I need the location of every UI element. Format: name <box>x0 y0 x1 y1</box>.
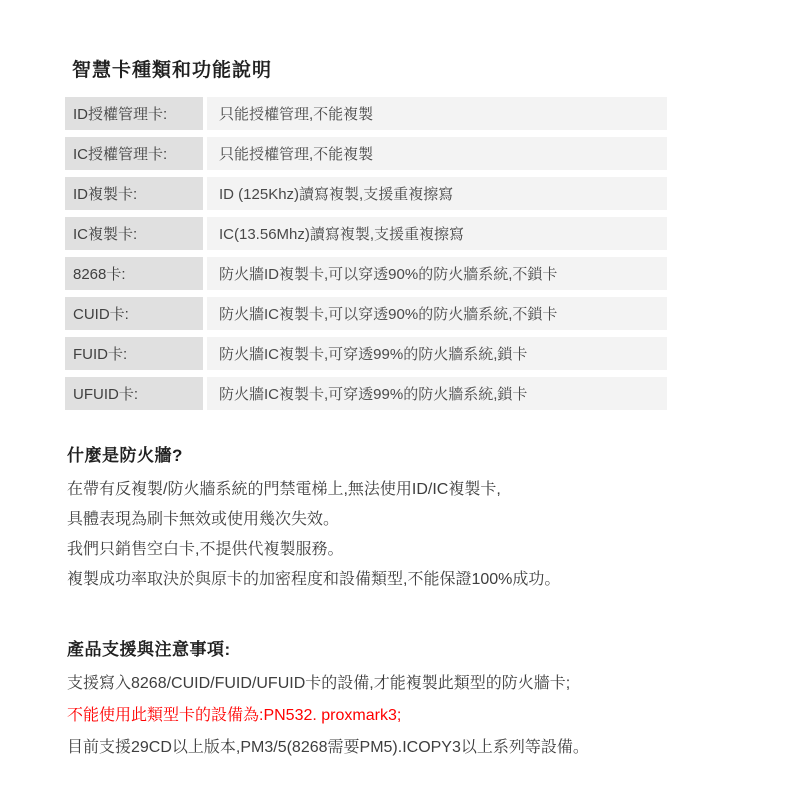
firewall-section-body: 在帶有反複製/防火牆系統的門禁電梯上,無法使用ID/IC複製卡, 具體表現為刷卡… <box>67 475 755 595</box>
card-type-cell: UFUID卡: <box>65 377 203 410</box>
card-type-cell: IC授權管理卡: <box>65 137 203 170</box>
supported-devices-line: 支援寫入8268/CUID/FUID/UFUID卡的設備,才能複製此類型的防火牆… <box>67 668 755 700</box>
card-type-cell: ID複製卡: <box>65 177 203 210</box>
support-section-body: 支援寫入8268/CUID/FUID/UFUID卡的設備,才能複製此類型的防火牆… <box>67 668 755 764</box>
card-description-cell: 防火牆IC複製卡,可穿透99%的防火牆系統,鎖卡 <box>207 337 667 370</box>
table-row: CUID卡: 防火牆IC複製卡,可以穿透90%的防火牆系統,不鎖卡 <box>65 297 667 330</box>
table-row: IC複製卡: IC(13.56Mhz)讀寫複製,支援重複擦寫 <box>65 217 667 250</box>
card-type-cell: 8268卡: <box>65 257 203 290</box>
card-description-cell: 防火牆ID複製卡,可以穿透90%的防火牆系統,不鎖卡 <box>207 257 667 290</box>
card-description-cell: 防火牆IC複製卡,可以穿透90%的防火牆系統,不鎖卡 <box>207 297 667 330</box>
table-row: FUID卡: 防火牆IC複製卡,可穿透99%的防火牆系統,鎖卡 <box>65 337 667 370</box>
table-row: ID授權管理卡: 只能授權管理,不能複製 <box>65 97 667 130</box>
device-versions-line: 目前支援29CD以上版本,PM3/5(8268需要PM5).ICOPY3以上系列… <box>67 732 755 764</box>
support-section-heading: 產品支援與注意事項: <box>67 640 755 660</box>
firewall-section-heading: 什麼是防火牆? <box>67 446 755 466</box>
firewall-line: 複製成功率取決於與原卡的加密程度和設備類型,不能保證100%成功。 <box>67 565 755 595</box>
firewall-line: 具體表現為刷卡無效或使用幾次失效。 <box>67 505 755 535</box>
card-description-cell: 只能授權管理,不能複製 <box>207 97 667 130</box>
table-row: 8268卡: 防火牆ID複製卡,可以穿透90%的防火牆系統,不鎖卡 <box>65 257 667 290</box>
card-description-cell: IC(13.56Mhz)讀寫複製,支援重複擦寫 <box>207 217 667 250</box>
page-title: 智慧卡種類和功能說明 <box>72 60 755 82</box>
content-area: 智慧卡種類和功能說明 ID授權管理卡: 只能授權管理,不能複製 IC授權管理卡:… <box>65 60 755 764</box>
card-description-cell: 只能授權管理,不能複製 <box>207 137 667 170</box>
product-support-section: 產品支援與注意事項: 支援寫入8268/CUID/FUID/UFUID卡的設備,… <box>65 640 755 764</box>
firewall-line: 我們只銷售空白卡,不提供代複製服務。 <box>67 535 755 565</box>
card-type-cell: ID授權管理卡: <box>65 97 203 130</box>
table-row: IC授權管理卡: 只能授權管理,不能複製 <box>65 137 667 170</box>
card-description-cell: ID (125Khz)讀寫複製,支援重複擦寫 <box>207 177 667 210</box>
card-type-table: ID授權管理卡: 只能授權管理,不能複製 IC授權管理卡: 只能授權管理,不能複… <box>65 97 667 410</box>
firewall-explanation-section: 什麼是防火牆? 在帶有反複製/防火牆系統的門禁電梯上,無法使用ID/IC複製卡,… <box>65 446 755 595</box>
firewall-line: 在帶有反複製/防火牆系統的門禁電梯上,無法使用ID/IC複製卡, <box>67 475 755 505</box>
card-type-cell: IC複製卡: <box>65 217 203 250</box>
unsupported-devices-warning-line: 不能使用此類型卡的設備為:PN532. proxmark3; <box>67 700 755 732</box>
table-row: ID複製卡: ID (125Khz)讀寫複製,支援重複擦寫 <box>65 177 667 210</box>
card-type-cell: FUID卡: <box>65 337 203 370</box>
table-row: UFUID卡: 防火牆IC複製卡,可穿透99%的防火牆系統,鎖卡 <box>65 377 667 410</box>
card-description-cell: 防火牆IC複製卡,可穿透99%的防火牆系統,鎖卡 <box>207 377 667 410</box>
card-type-cell: CUID卡: <box>65 297 203 330</box>
product-info-page: 智慧卡種類和功能說明 ID授權管理卡: 只能授權管理,不能複製 IC授權管理卡:… <box>0 0 800 800</box>
